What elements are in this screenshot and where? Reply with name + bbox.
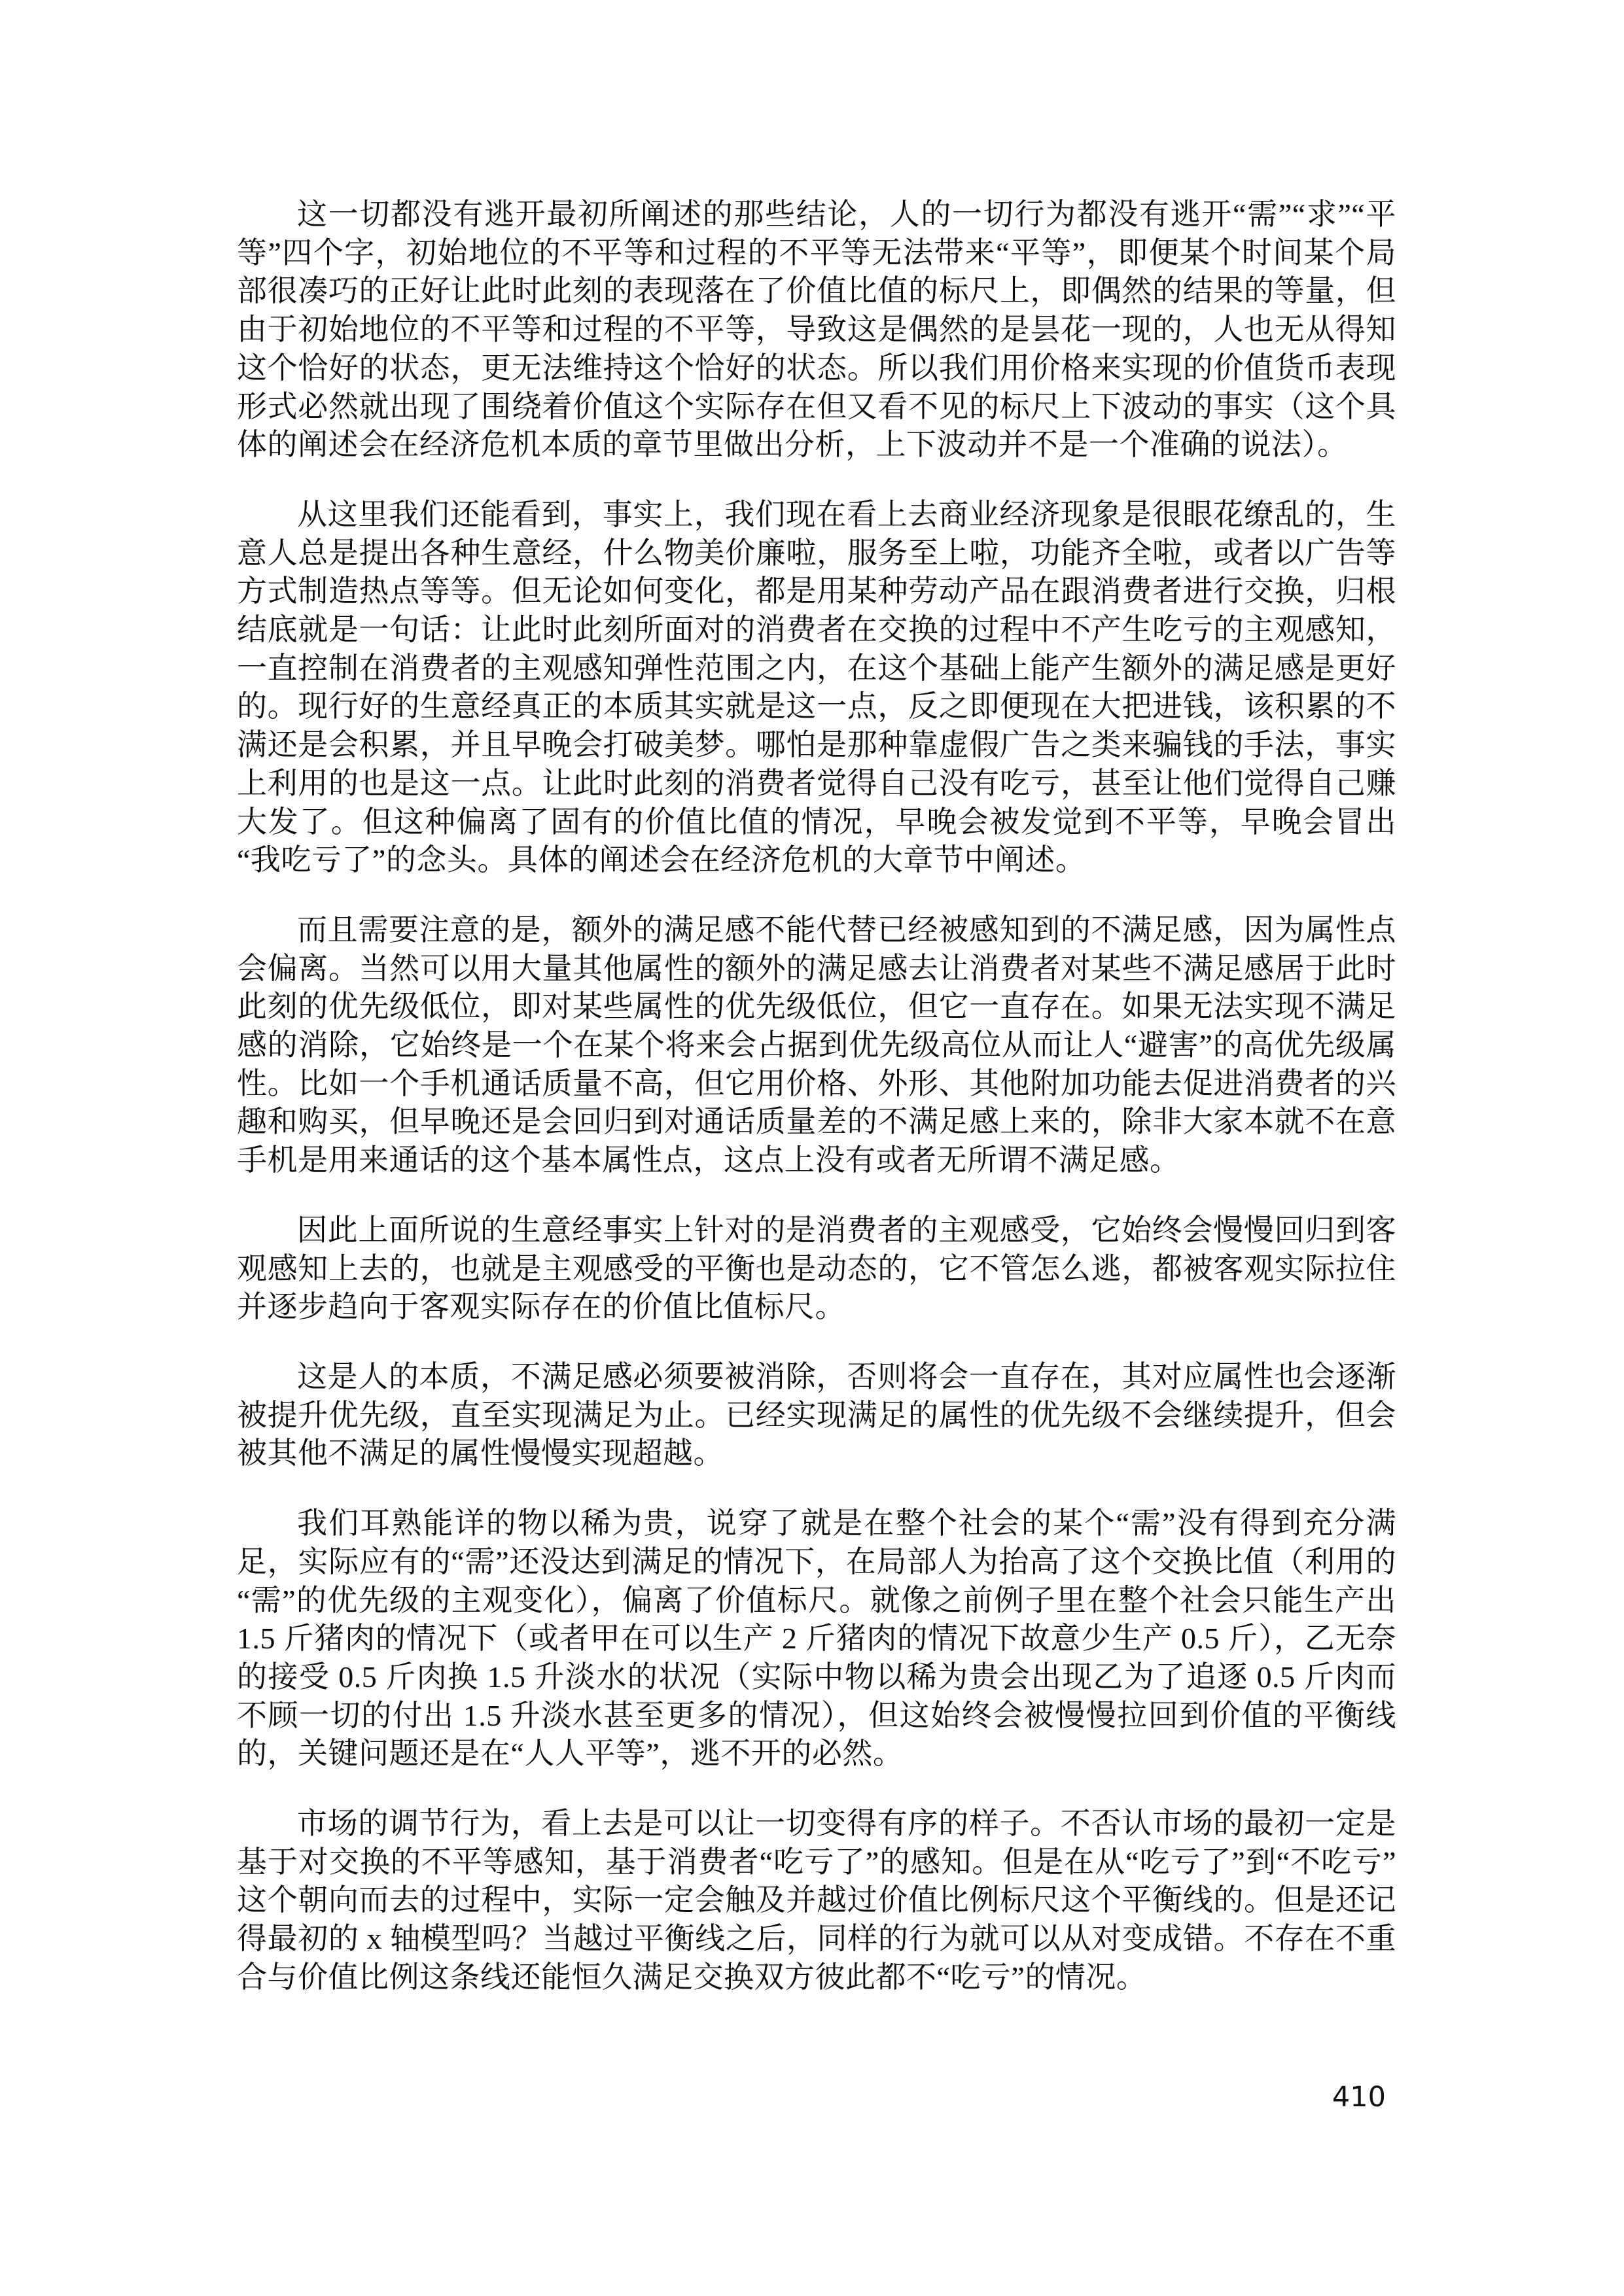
paragraph-5: 这是人的本质，不满足感必须要被消除，否则将会一直存在，其对应属性也会逐渐被提升优…	[237, 1358, 1396, 1473]
paragraph-6: 我们耳熟能详的物以稀为贵，说穿了就是在整个社会的某个“需”没有得到充分满足，实际…	[237, 1505, 1396, 1773]
paragraph-3: 而且需要注意的是，额外的满足感不能代替已经被感知到的不满足感，因为属性点会偏离。…	[237, 911, 1396, 1180]
body-text: 这一切都没有逃开最初所阐述的那些结论，人的一切行为都没有逃开“需”“求”“平等”…	[237, 196, 1396, 1997]
paragraph-2: 从这里我们还能看到，事实上，我们现在看上去商业经济现象是很眼花缭乱的，生意人总是…	[237, 496, 1396, 880]
paragraph-7: 市场的调节行为，看上去是可以让一切变得有序的样子。不否认市场的最初一定是基于对交…	[237, 1805, 1396, 1997]
paragraph-4: 因此上面所说的生意经事实上针对的是消费者的主观感受，它始终会慢慢回归到客观感知上…	[237, 1211, 1396, 1327]
document-page: 这一切都没有逃开最初所阐述的那些结论，人的一切行为都没有逃开“需”“求”“平等”…	[0, 0, 1624, 2296]
page-number: 410	[237, 2080, 1386, 2114]
paragraph-1: 这一切都没有逃开最初所阐述的那些结论，人的一切行为都没有逃开“需”“求”“平等”…	[237, 196, 1396, 464]
